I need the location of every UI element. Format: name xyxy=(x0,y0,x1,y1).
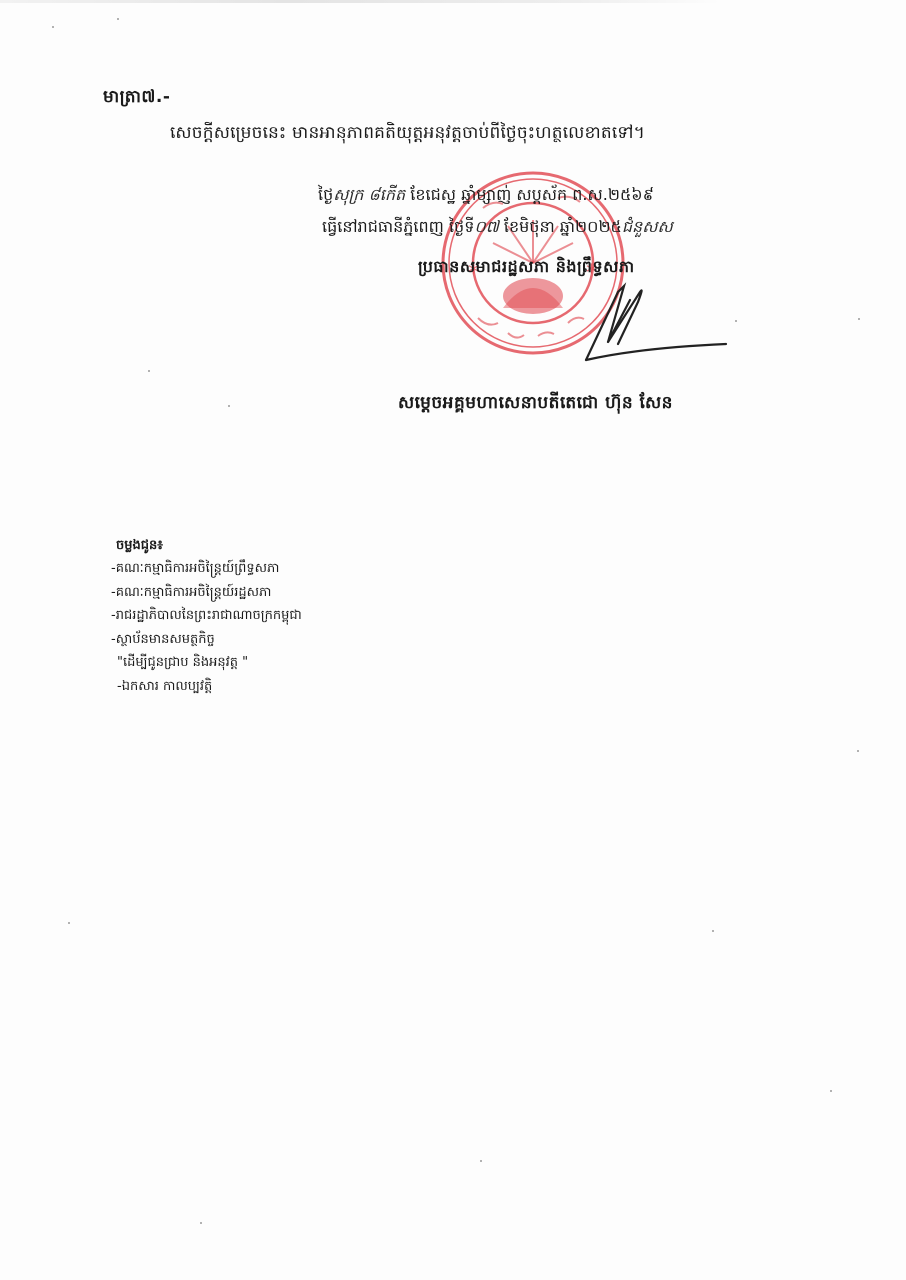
signatory-name: សម្តេចអគ្គមហាសេនាបតីតេជោ ហ៊ុន សែន xyxy=(398,392,673,417)
scan-speck xyxy=(480,1160,482,1162)
solar-date-handwritten-day: ០៧ xyxy=(474,217,498,236)
scan-speck xyxy=(200,1222,202,1224)
article-heading: មាត្រា៧.- xyxy=(103,86,170,111)
lunar-date-rest: ខែជេស្ឋ ឆ្នាំម្សាញ់ សប្តស័ក ព.ស.២៥៦៩ xyxy=(410,185,654,204)
copies-item: -ស្ថាប័នមានសមត្ថកិច្ច xyxy=(111,628,302,652)
signature-icon xyxy=(578,282,738,364)
signatory-title: ប្រធានសមាជរដ្ឋសភា និងព្រឹទ្ធសភា xyxy=(418,256,635,280)
lunar-date-prefix: ថ្ងៃ xyxy=(318,185,333,204)
copies-list: -គណៈកម្មាធិការអចិន្ត្រៃយ៍ព្រឹទ្ធសភា -គណៈ… xyxy=(111,557,302,698)
scan-speck xyxy=(52,26,54,28)
lunar-date: ថ្ងៃសុក្រ ៨កើត ខែជេស្ឋ ឆ្នាំម្សាញ់ សប្តស… xyxy=(318,184,654,208)
scan-speck xyxy=(68,922,70,924)
scan-speck xyxy=(117,18,119,20)
copies-item: "ដើម្បីជូនជ្រាប និងអនុវត្ត " xyxy=(111,651,302,675)
scan-speck xyxy=(228,405,230,407)
article-body: សេចក្តីសម្រេចនេះ មានអានុភាពគតិយុត្តអនុវត… xyxy=(170,122,645,147)
copies-item: -គណៈកម្មាធិការអចិន្ត្រៃយ៍ព្រឹទ្ធសភា xyxy=(111,557,302,581)
copies-item: -រាជរដ្ឋាភិបាលនៃព្រះរាជាណាចក្រកម្ពុជា xyxy=(111,604,302,628)
solar-date-prefix: ធ្វើនៅរាជធានីភ្នំពេញ ថ្ងៃទី xyxy=(322,217,474,236)
solar-date: ធ្វើនៅរាជធានីភ្នំពេញ ថ្ងៃទី០៧ ខែមិថុនា ឆ… xyxy=(322,216,673,240)
copies-heading: ចម្លងជូន៖ xyxy=(116,537,163,556)
solar-date-handwritten-suffix: ជំនួសស xyxy=(622,217,673,236)
lunar-date-handwritten: សុក្រ ៨កើត xyxy=(333,185,405,204)
scan-speck xyxy=(148,370,150,372)
scan-speck xyxy=(857,750,859,752)
scan-edge xyxy=(0,0,720,3)
scan-speck xyxy=(712,930,714,932)
scan-speck xyxy=(735,320,737,322)
document-page: មាត្រា៧.- សេចក្តីសម្រេចនេះ មានអានុភាពគតិ… xyxy=(0,0,906,1280)
scan-speck xyxy=(830,1090,832,1092)
solar-date-rest: ខែមិថុនា ឆ្នាំ២០២៥ xyxy=(504,217,622,236)
copies-item: -ឯកសារ កាលប្បវត្តិ xyxy=(111,675,302,699)
scan-speck xyxy=(858,318,860,320)
copies-item: -គណៈកម្មាធិការអចិន្ត្រៃយ៍រដ្ឋសភា xyxy=(111,581,302,605)
